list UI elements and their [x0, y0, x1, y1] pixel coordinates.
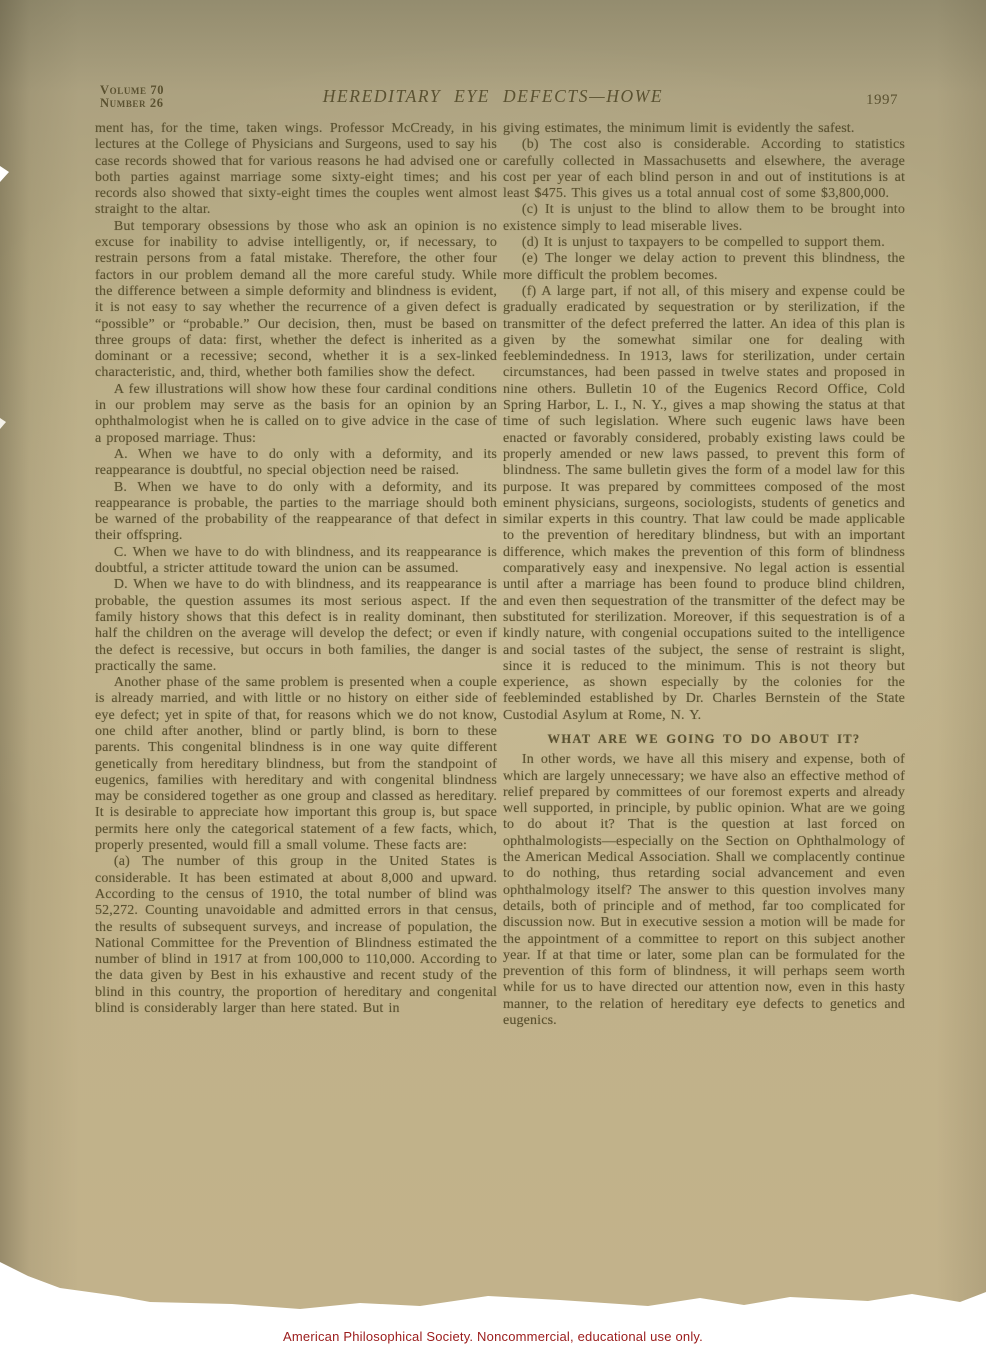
paragraph: (c) It is unjust to the blind to allow t…: [503, 202, 905, 235]
volume-label: Volume 70: [100, 84, 164, 97]
paragraph: A few illustrations will show how these …: [95, 382, 497, 447]
archive-credit-line: American Philosophical Society. Noncomme…: [0, 1329, 986, 1344]
paragraph: B. When we have to do only with a deform…: [95, 480, 497, 545]
paragraph: D. When we have to do with blindness, an…: [95, 577, 497, 675]
paper-tear-left-mid: [0, 418, 6, 429]
running-title: HEREDITARY EYE DEFECTS—HOWE: [323, 86, 663, 107]
paper-tear-left-upper: [0, 166, 9, 182]
article-body: ment has, for the time, taken wings. Pro…: [95, 121, 905, 1029]
page-header: Volume 70 Number 26 HEREDITARY EYE DEFEC…: [0, 0, 986, 120]
issue-number-label: Number 26: [100, 97, 164, 110]
paragraph: Another phase of the same problem is pre…: [95, 675, 497, 854]
paragraph: (d) It is unjust to taxpayers to be comp…: [503, 235, 905, 251]
paragraph: (b) The cost also is considerable. Accor…: [503, 137, 905, 202]
left-column: ment has, for the time, taken wings. Pro…: [95, 121, 497, 1029]
paragraph: A. When we have to do only with a deform…: [95, 447, 497, 480]
paragraph: But temporary obsessions by those who as…: [95, 219, 497, 382]
paragraph: C. When we have to do with blindness, an…: [95, 545, 497, 578]
section-heading: WHAT ARE WE GOING TO DO ABOUT IT?: [503, 731, 905, 747]
right-column: giving estimates, the minimum limit is e…: [503, 121, 905, 1029]
paragraph: ment has, for the time, taken wings. Pro…: [95, 121, 497, 219]
paragraph: In other words, we have all this misery …: [503, 752, 905, 1029]
page-number: 1997: [866, 92, 898, 109]
paragraph: giving estimates, the minimum limit is e…: [503, 121, 905, 137]
scanned-page-sheet: Volume 70 Number 26 HEREDITARY EYE DEFEC…: [0, 0, 986, 1312]
paragraph: (a) The number of this group in the Unit…: [95, 854, 497, 1017]
volume-number-block: Volume 70 Number 26: [100, 84, 164, 109]
paragraph: (f) A large part, if not all, of this mi…: [503, 284, 905, 724]
paragraph: (e) The longer we delay action to preven…: [503, 251, 905, 284]
